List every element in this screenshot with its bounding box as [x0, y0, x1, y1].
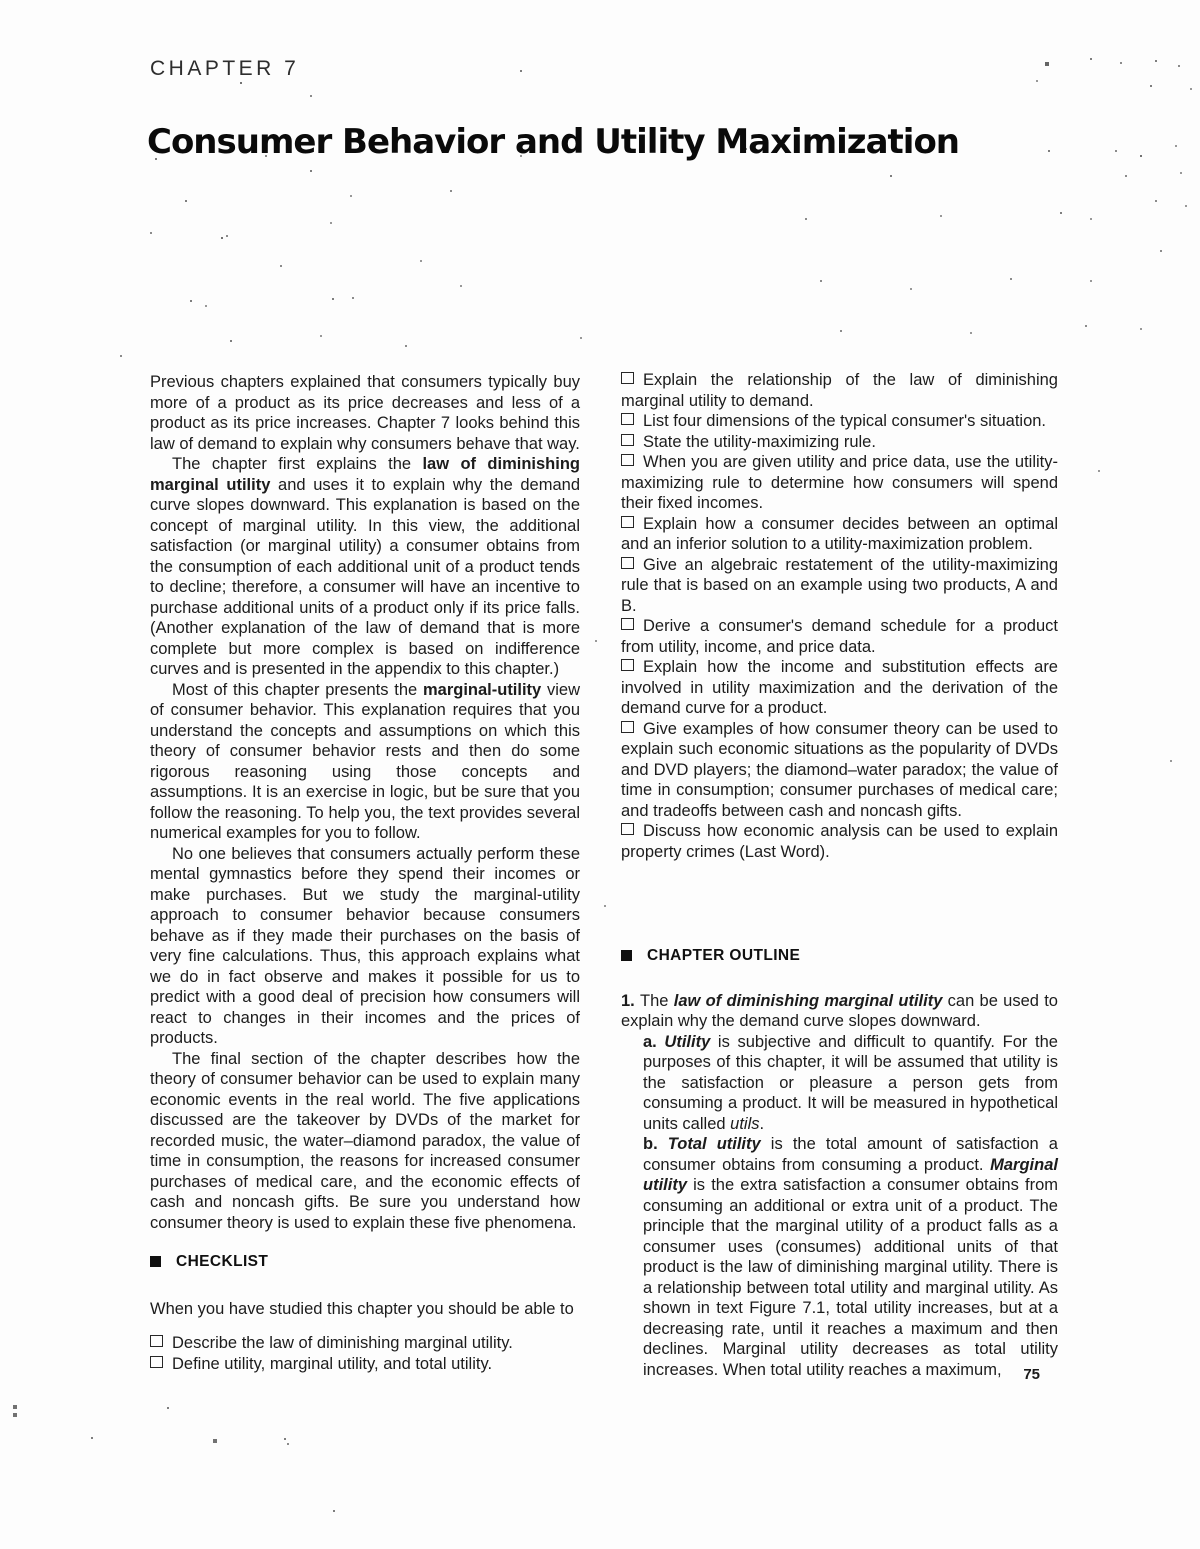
checkbox-icon	[150, 1356, 163, 1368]
checklist-item-label: Give examples of how consumer theory can…	[621, 720, 1058, 820]
checkbox-icon	[621, 557, 634, 569]
section-bullet-icon	[621, 950, 632, 961]
checklist-item-label: List four dimensions of the typical cons…	[643, 412, 1046, 430]
checklist-item-label: Explain the relationship of the law of d…	[621, 371, 1058, 410]
checklist-item: Derive a consumer's demand schedule for …	[621, 616, 1058, 657]
section-bullet-icon	[150, 1256, 161, 1267]
paragraph: The final section of the chapter describ…	[150, 1049, 580, 1234]
checkbox-icon	[621, 823, 634, 835]
page-number: 75	[621, 1366, 1058, 1383]
checklist-item: Explain how the income and substitution …	[621, 657, 1058, 719]
checkbox-icon	[621, 413, 634, 425]
checklist-item: List four dimensions of the typical cons…	[621, 411, 1058, 432]
scan-noise-specks	[0, 0, 2, 2]
checklist-item-label: Define utility, marginal utility, and to…	[172, 1355, 492, 1373]
checklist-item-label: Discuss how economic analysis can be use…	[621, 822, 1058, 861]
checklist-item: When you are given utility and price dat…	[621, 452, 1058, 514]
checklist-item-label: State the utility-maximizing rule.	[643, 433, 876, 451]
checklist-continued: Explain the relationship of the law of d…	[621, 370, 1058, 862]
checklist-item: Explain the relationship of the law of d…	[621, 370, 1058, 411]
outline-heading-label: CHAPTER OUTLINE	[647, 947, 800, 964]
checklist-item: Give examples of how consumer theory can…	[621, 719, 1058, 822]
checklist-heading: CHECKLIST	[150, 1252, 580, 1273]
outline-heading: CHAPTER OUTLINE	[621, 946, 1058, 967]
checklist-item-label: Derive a consumer's demand schedule for …	[621, 617, 1058, 656]
checkbox-icon	[621, 434, 634, 446]
scanned-textbook-page: { "page": { "chapter_label": "CHAPTER 7"…	[0, 0, 1200, 1549]
page-title: Consumer Behavior and Utility Maximizati…	[147, 122, 1127, 162]
paragraph: Previous chapters explained that consume…	[150, 372, 580, 454]
intro-column: Previous chapters explained that consume…	[150, 372, 580, 1233]
checklist-item-label: Explain how the income and substitution …	[621, 658, 1058, 717]
chapter-outline-section: CHAPTER OUTLINE 1. The law of diminishin…	[621, 946, 1058, 1380]
checklist-item-label: Explain how a consumer decides between a…	[621, 515, 1058, 554]
checkbox-icon	[621, 372, 634, 384]
chapter-label: CHAPTER 7	[150, 57, 299, 81]
checklist-item: Define utility, marginal utility, and to…	[150, 1354, 580, 1375]
checklist-intro: When you have studied this chapter you s…	[150, 1299, 580, 1320]
checklist-section: CHECKLIST When you have studied this cha…	[150, 1252, 580, 1374]
checklist-item: Describe the law of diminishing marginal…	[150, 1333, 580, 1354]
checkbox-icon	[150, 1335, 163, 1347]
checklist-item: Give an algebraic restatement of the uti…	[621, 555, 1058, 617]
checklist-item: Explain how a consumer decides between a…	[621, 514, 1058, 555]
checklist-item-label: When you are given utility and price dat…	[621, 453, 1058, 512]
checkbox-icon	[621, 721, 634, 733]
checkbox-icon	[621, 618, 634, 630]
checklist-item: Discuss how economic analysis can be use…	[621, 821, 1058, 862]
outline-subitem-b: b. Total utility is the total amount of …	[643, 1134, 1058, 1380]
checklist-item-label: Give an algebraic restatement of the uti…	[621, 556, 1058, 615]
paragraph: No one believes that consumers actually …	[150, 844, 580, 1049]
checklist-heading-label: CHECKLIST	[176, 1253, 268, 1270]
checklist-item-label: Describe the law of diminishing marginal…	[172, 1334, 513, 1352]
outline-item: 1. The law of diminishing marginal utili…	[621, 991, 1058, 1032]
checkbox-icon	[621, 516, 634, 528]
paragraph: Most of this chapter presents the margin…	[150, 680, 580, 844]
checkbox-icon	[621, 659, 634, 671]
checkbox-icon	[621, 454, 634, 466]
outline-subitem-a: a. Utility is subjective and difficult t…	[643, 1032, 1058, 1135]
paragraph: The chapter first explains the law of di…	[150, 454, 580, 680]
checklist-item: State the utility-maximizing rule.	[621, 432, 1058, 453]
